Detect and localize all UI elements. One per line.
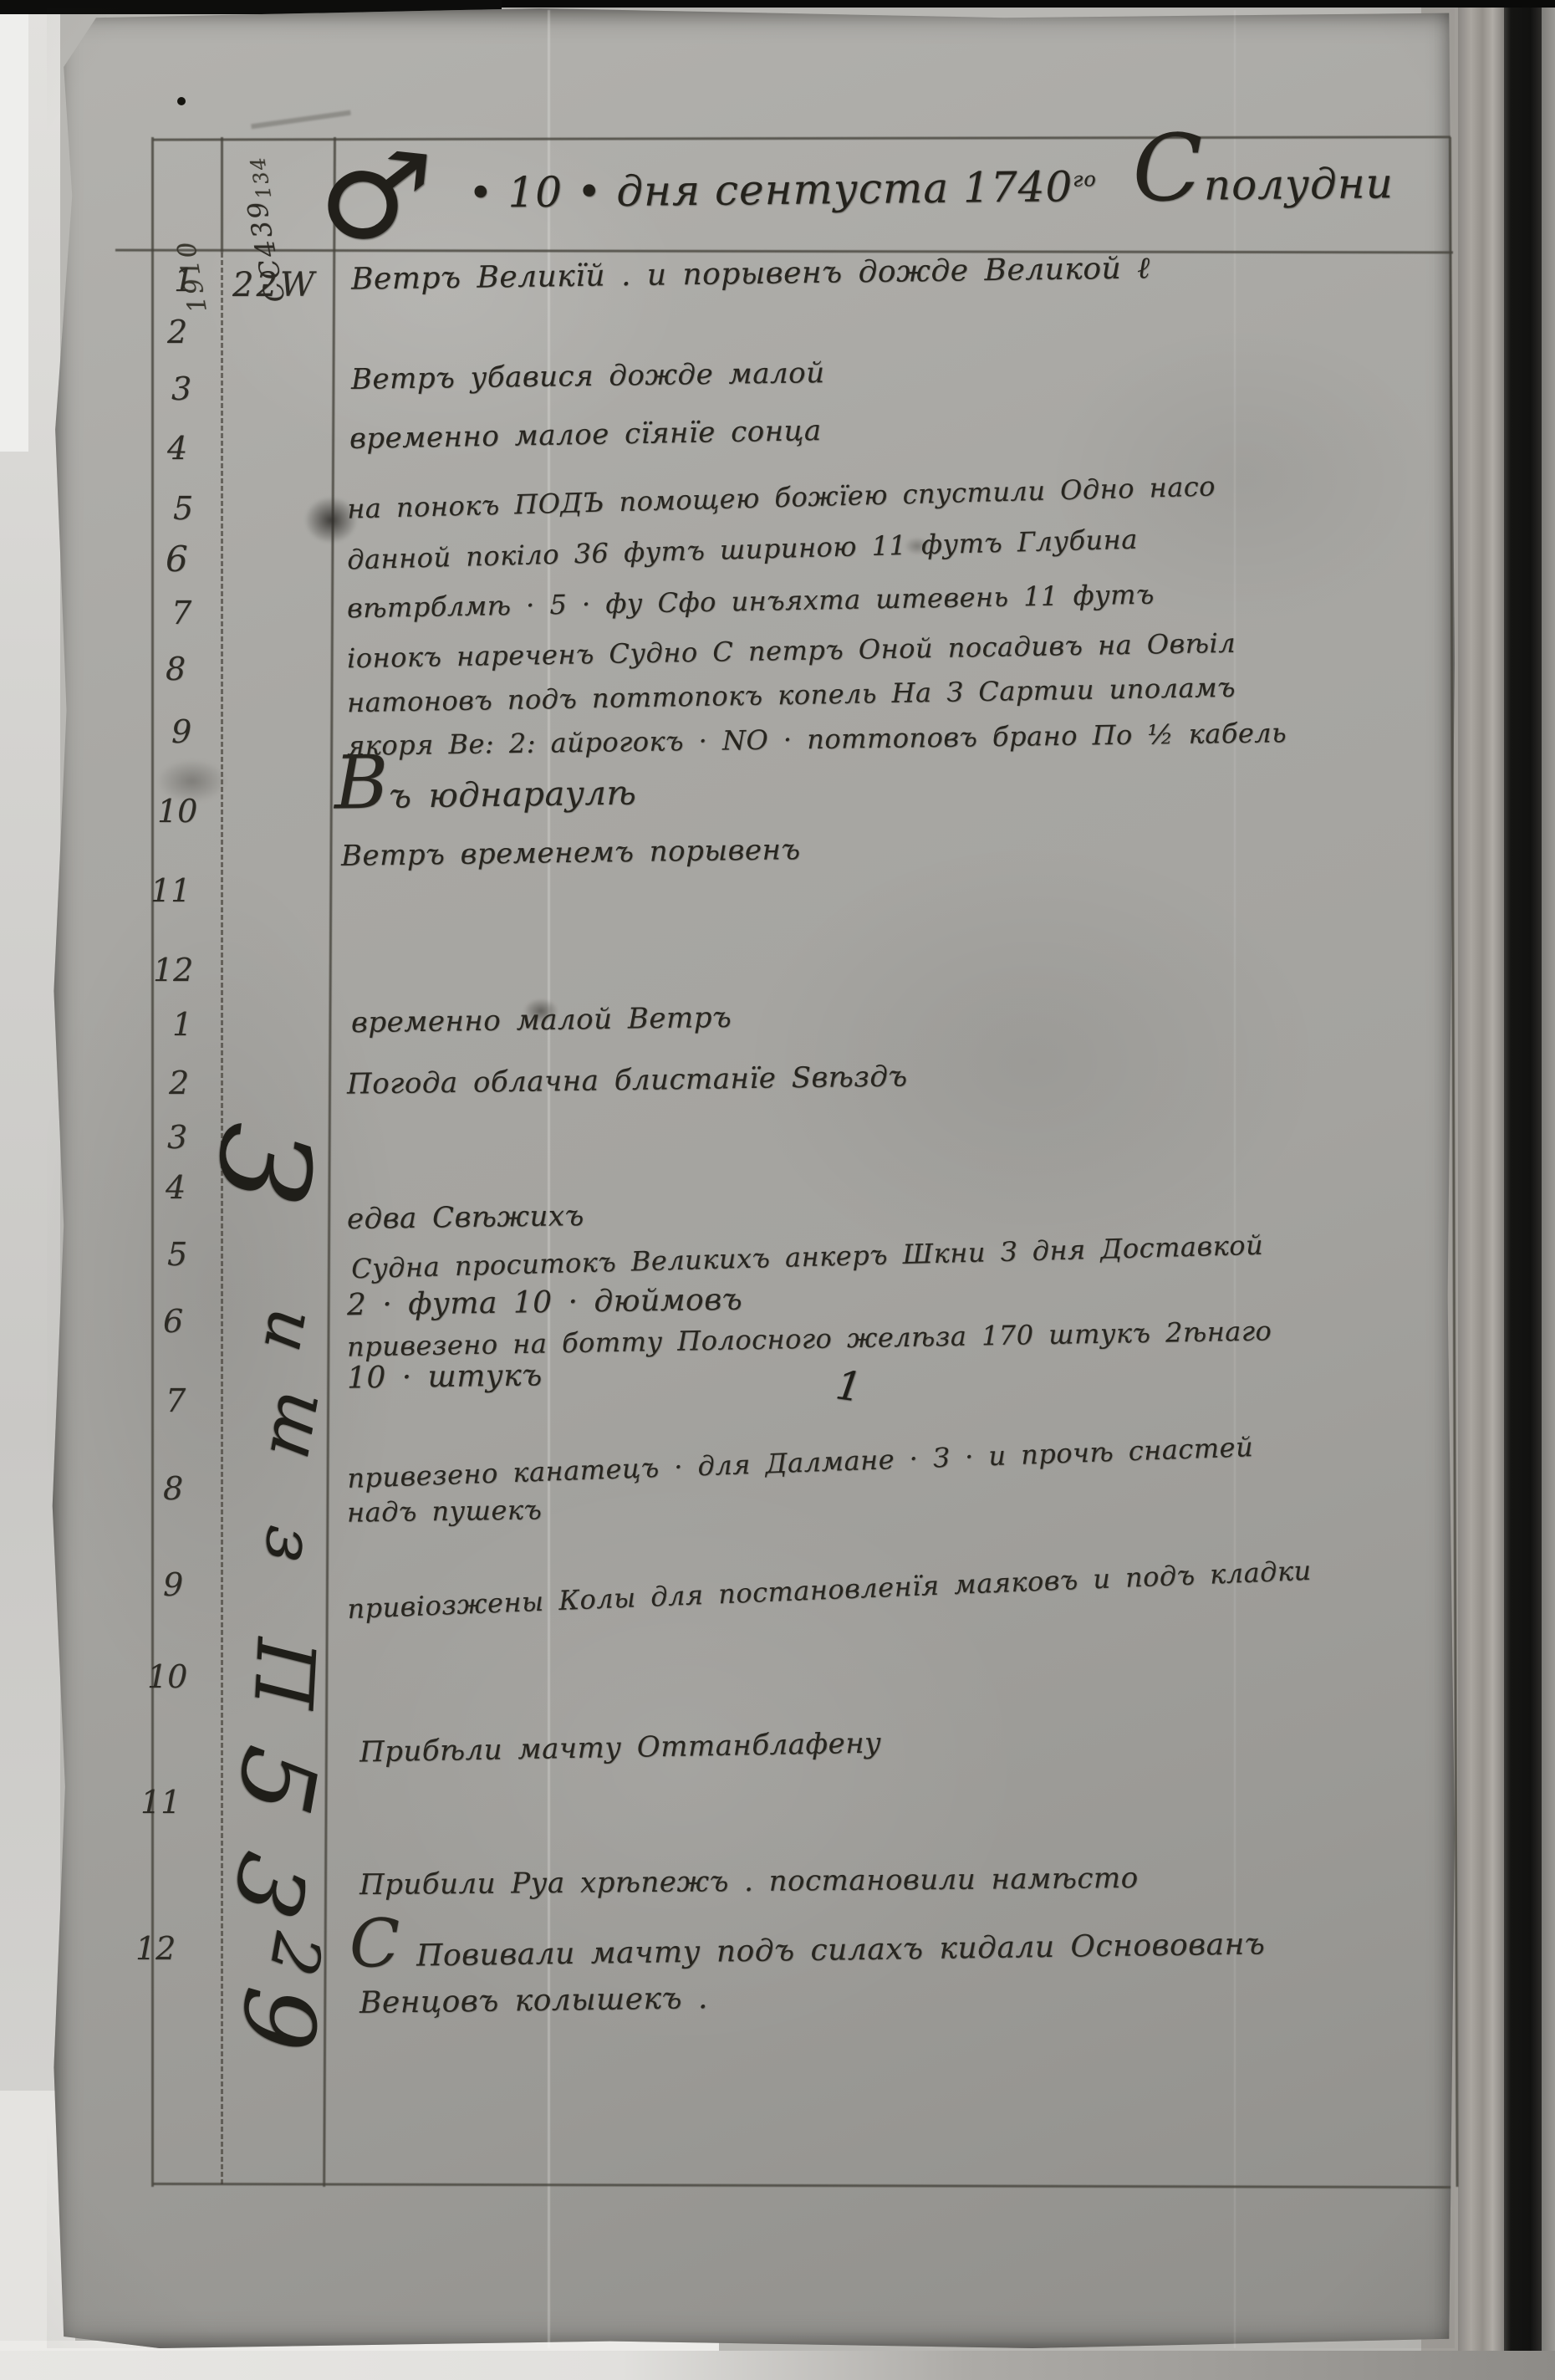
hour-label-w1-12: 12 — [153, 952, 193, 988]
header-afternoon-label: Сполудни — [1132, 159, 1394, 210]
hour-label-w2-7: 7 — [166, 1382, 186, 1419]
hour-label-w1-8: 8 — [166, 651, 186, 687]
hour-label-w2-2: 2 — [169, 1065, 189, 1101]
hour-label-w2-3: 3 — [167, 1119, 187, 1156]
hour-label-w1-9: 9 — [171, 713, 191, 750]
header-year-suffix: го — [1073, 167, 1097, 191]
hour-label-w2-9: 9 — [163, 1566, 183, 1603]
bottom-edge-strip — [0, 2351, 1555, 2380]
log-entry-w2h3: едва Свѣжихъ — [347, 1199, 584, 1236]
right-paper-streaks — [1458, 0, 1505, 2380]
log-entry-w2h12b: Венцовъ колышекъ . — [359, 1981, 708, 2020]
right-outer-edge — [1542, 0, 1555, 2380]
log-entry-w2h4b: 2 · фута 10 · дюймовъ — [347, 1283, 743, 1323]
hour-label-w1-5: 5 — [173, 490, 193, 527]
table-rule-left — [151, 137, 154, 2187]
hour-label-w1-11: 11 — [150, 872, 191, 909]
log-entry-w1h10: Ветръ временемъ порывенъ — [341, 833, 801, 873]
table-rule-col2-header — [221, 137, 223, 253]
log-entry-w1h12: временно малой Ветръ — [351, 1001, 732, 1039]
hour-label-w2-4: 4 — [166, 1169, 186, 1206]
right-black-gap — [1504, 0, 1542, 2380]
hour-label-w2-5: 5 — [167, 1236, 187, 1273]
hour-label-w1-3: 3 — [171, 370, 191, 407]
left-white-sliver — [0, 0, 28, 452]
hour-label-w1-10: 10 — [157, 793, 197, 830]
archival-corner-dot — [177, 97, 186, 105]
hour-label-w2-1: 1 — [172, 1006, 192, 1043]
hour-label-w1-1: 1 — [174, 262, 194, 299]
hour-label-w2-12: 12 — [135, 1930, 176, 1967]
log-entry-w1h3: Ветръ убавися дожде малой — [351, 356, 825, 396]
hour-label-w1-2: 2 — [167, 314, 187, 350]
vertical-inscription-char: 9 — [219, 1983, 339, 2056]
header-date-line: • 10 • дня сентуста 1740го Сполудни — [468, 159, 1394, 217]
vertical-inscription-char: П — [236, 1636, 333, 1710]
course-entry: 22W — [232, 266, 317, 304]
log-entry-w1h9: Въ юднараулѣ — [334, 774, 637, 816]
logbook-photo-scan: 1910 134 СС439 ♂ • 10 • дня сентуста 174… — [0, 0, 1555, 2380]
log-entry-w2h11: Прибили Руа хрѣпежъ . постановили намѣст… — [359, 1862, 1139, 1902]
hour-label-w2-6: 6 — [163, 1303, 183, 1340]
hour-label-w2-10: 10 — [147, 1658, 187, 1695]
hour-label-w1-6: 6 — [166, 539, 188, 580]
hour-label-w1-4: 4 — [167, 430, 187, 467]
header-date-text: • 10 • дня сентуста 1740 — [468, 162, 1073, 217]
log-entry-w2h7b: надъ пушекъ — [347, 1494, 543, 1528]
vertical-inscription-char: ш — [252, 1385, 347, 1467]
mars-day-symbol: ♂ — [312, 119, 437, 273]
log-entry-w2h5b: 10 · штукъ — [347, 1358, 543, 1395]
hour-label-w2-8: 8 — [163, 1470, 183, 1507]
hour-label-w2-11: 11 — [140, 1784, 181, 1821]
hour-label-w1-7: 7 — [171, 595, 191, 631]
